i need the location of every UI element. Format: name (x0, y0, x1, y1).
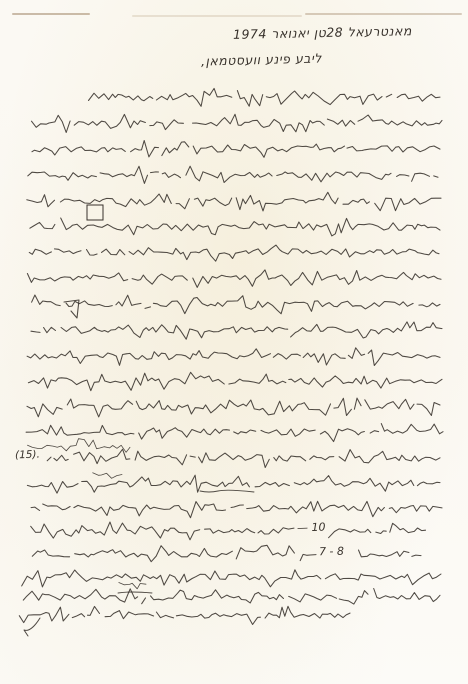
handwriting-svg (0, 0, 468, 684)
handwritten-line (31, 322, 442, 339)
handwritten-line (23, 589, 440, 605)
handwritten-line (32, 114, 443, 132)
handwritten-line (27, 270, 441, 288)
number-ten-token: — 10 (297, 521, 326, 535)
handwritten-line (27, 348, 440, 366)
time-range-token: 7 - 8 (319, 545, 344, 558)
interlinear-insertion (28, 439, 131, 453)
handwritten-line (29, 245, 439, 261)
handwritten-line (28, 372, 442, 390)
letter-scan: מאנטרעאל 28טן יאנואר 1974 ליבע פינע וועס… (0, 0, 468, 684)
interlinear-insertion (93, 473, 122, 479)
handwritten-line (22, 570, 441, 587)
underline-mark (200, 490, 254, 492)
handwritten-line (29, 295, 440, 314)
handwritten-line (32, 141, 440, 158)
page-number-note: (15). (15, 449, 40, 462)
boxed-word-mark (87, 205, 103, 220)
handwritten-line (19, 606, 350, 624)
handwritten-line (30, 218, 440, 236)
handwritten-line (26, 424, 443, 442)
handwritten-line (27, 192, 441, 211)
handwritten-line (89, 88, 441, 106)
handwritten-line (31, 501, 442, 517)
interlinear-insertion (119, 583, 146, 589)
strike-through-mark (118, 592, 152, 593)
tail-flourish-mark (24, 618, 40, 636)
salutation-line: ליבע פינע וועסטמאן, (201, 50, 322, 68)
handwritten-line (31, 522, 426, 540)
handwritten-line (47, 449, 440, 467)
handwritten-line (28, 166, 438, 183)
handwritten-line (27, 398, 440, 417)
handwritten-line (32, 545, 421, 561)
